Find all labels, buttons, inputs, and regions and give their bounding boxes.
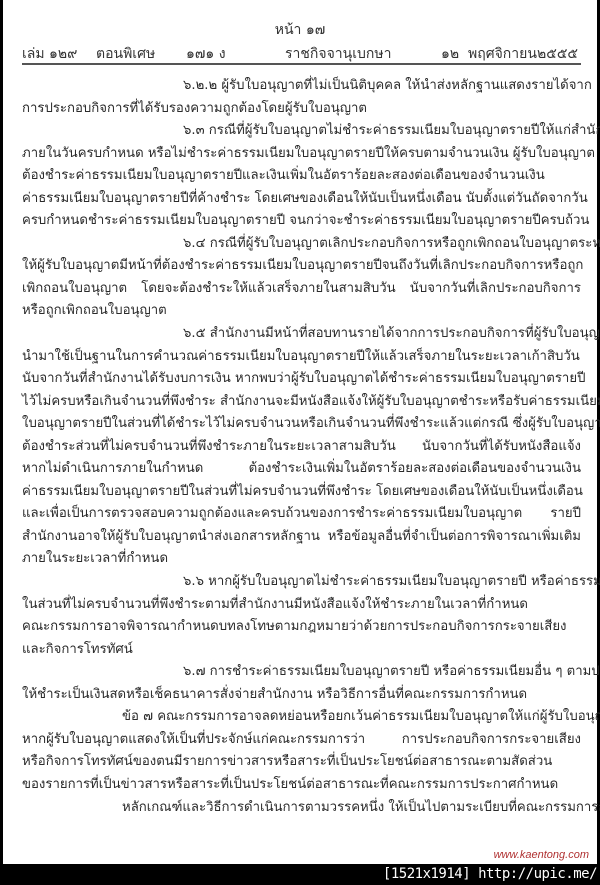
- gazette-header: เล่ม ๑๒๙ ตอนพิเศษ ๑๗๑ ง ราชกิจจานุเบกษา …: [22, 43, 582, 63]
- body-line: หากไม่ดำเนินการภายในกำหนด ต้องชำระเงินเพ…: [22, 458, 581, 481]
- volume-label: เล่ม ๑๒๙: [22, 43, 77, 65]
- body-line: ให้ผู้รับใบอนุญาตมีหน้าที่ต้องชำระค่าธรร…: [22, 255, 581, 278]
- body-line: ๖.๗ การชำระค่าธรรมเนียมใบอนุญาตรายปี หรื…: [22, 661, 581, 684]
- body-line: ค่าธรรมเนียมใบอนุญาตรายปีที่ค้างชำระ โดย…: [22, 188, 581, 211]
- body-line: ๖.๒.๒ ผู้รับใบอนุญาตที่ไม่เป็นนิติบุคคล …: [22, 75, 581, 98]
- body-line: ของรายการที่เป็นข่าวสารหรือสาระที่เป็นปร…: [22, 774, 581, 797]
- body-line: ในส่วนที่ไม่ครบจำนวนที่พึงชำระตามที่สำนั…: [22, 594, 581, 617]
- body-line: ครบกำหนดชำระค่าธรรมเนียมใบอนุญาตรายปี จน…: [22, 210, 581, 233]
- gazette-title: ราชกิจจานุเบกษา: [285, 43, 391, 65]
- body-line: หากผู้รับใบอนุญาตแสดงให้เป็นที่ประจักษ์แ…: [22, 729, 581, 752]
- watermark: www.kaentong.com: [494, 849, 589, 861]
- body-line: ภายในระยะเวลาที่กำหนด: [22, 548, 581, 571]
- image-info-bar: [1521x1914] http://upic.me/: [383, 866, 597, 882]
- body-line: ๖.๖ หากผู้รับใบอนุญาตไม่ชำระค่าธรรมเนียม…: [22, 571, 581, 594]
- header-divider: [22, 63, 581, 65]
- date-year: ๒๕๕๕: [537, 43, 578, 65]
- page-number: หน้า ๑๗: [3, 19, 597, 41]
- date-month: พฤศจิกายน: [468, 43, 537, 65]
- body-line: ค่าธรรมเนียมใบอนุญาตรายปีในส่วนที่ไม่ครบ…: [22, 481, 581, 504]
- body-line: การประกอบกิจการที่ได้รับรองความถูกต้องโด…: [22, 98, 581, 121]
- body-line: หลักเกณฑ์และวิธีการดำเนินการตามวรรคหนึ่ง…: [22, 797, 581, 820]
- body-line: หรือกิจการโทรทัศน์ของตนมีรายการข่าวสารหร…: [22, 751, 581, 774]
- body-line: นำมาใช้เป็นฐานในการคำนวณค่าธรรมเนียมใบอน…: [22, 346, 581, 369]
- body-line: ไว้ไม่ครบหรือเกินจำนวนที่พึงชำระ สำนักงา…: [22, 391, 581, 414]
- body-line: ให้ชำระเป็นเงินสดหรือเช็คธนาคารสั่งจ่ายส…: [22, 684, 581, 707]
- section-number: ๑๗๑ ง: [186, 43, 226, 65]
- body-line: สำนักงานอาจให้ผู้รับใบอนุญาตนำส่งเอกสารห…: [22, 526, 581, 549]
- gazette-page: หน้า ๑๗ เล่ม ๑๒๙ ตอนพิเศษ ๑๗๑ ง ราชกิจจา…: [3, 0, 597, 864]
- body-line: นับจากวันที่สำนักงานได้รับงบการเงิน หากพ…: [22, 368, 581, 391]
- body-line: ใบอนุญาตรายปีในส่วนที่ได้ชำระไว้ไม่ครบจำ…: [22, 413, 581, 436]
- document-body: ๖.๒.๒ ผู้รับใบอนุญาตที่ไม่เป็นนิติบุคคล …: [22, 75, 581, 819]
- body-line: และกิจการโทรทัศน์: [22, 639, 581, 662]
- body-line: และเพื่อเป็นการตรวจสอบความถูกต้องและครบถ…: [22, 503, 581, 526]
- body-line: ต้องชำระค่าธรรมเนียมใบอนุญาตรายปีและเงิน…: [22, 165, 581, 188]
- body-line: ภายในวันครบกำหนด หรือไม่ชำระค่าธรรมเนียม…: [22, 143, 581, 166]
- body-line: ๖.๕ สำนักงานมีหน้าที่สอบทานรายได้จากการป…: [22, 323, 581, 346]
- body-line: ๖.๓ กรณีที่ผู้รับใบอนุญาตไม่ชำระค่าธรรมเ…: [22, 120, 581, 143]
- body-line: คณะกรรมการอาจพิจารณากำหนดบทลงโทษตามกฎหมา…: [22, 616, 581, 639]
- body-line: เพิกถอนใบอนุญาต โดยจะต้องชำระให้แล้วเสร็…: [22, 278, 581, 301]
- body-line: ข้อ ๗ คณะกรรมการอาจลดหย่อนหรือยกเว้นค่าธ…: [22, 706, 581, 729]
- body-line: ๖.๔ กรณีที่ผู้รับใบอนุญาตเลิกประกอบกิจกา…: [22, 233, 581, 256]
- date-day: ๑๒: [441, 43, 459, 65]
- body-line: ต้องชำระส่วนที่ไม่ครบจำนวนที่พึงชำระภายใ…: [22, 436, 581, 459]
- section-label: ตอนพิเศษ: [96, 43, 155, 65]
- body-line: หรือถูกเพิกถอนใบอนุญาต: [22, 300, 581, 323]
